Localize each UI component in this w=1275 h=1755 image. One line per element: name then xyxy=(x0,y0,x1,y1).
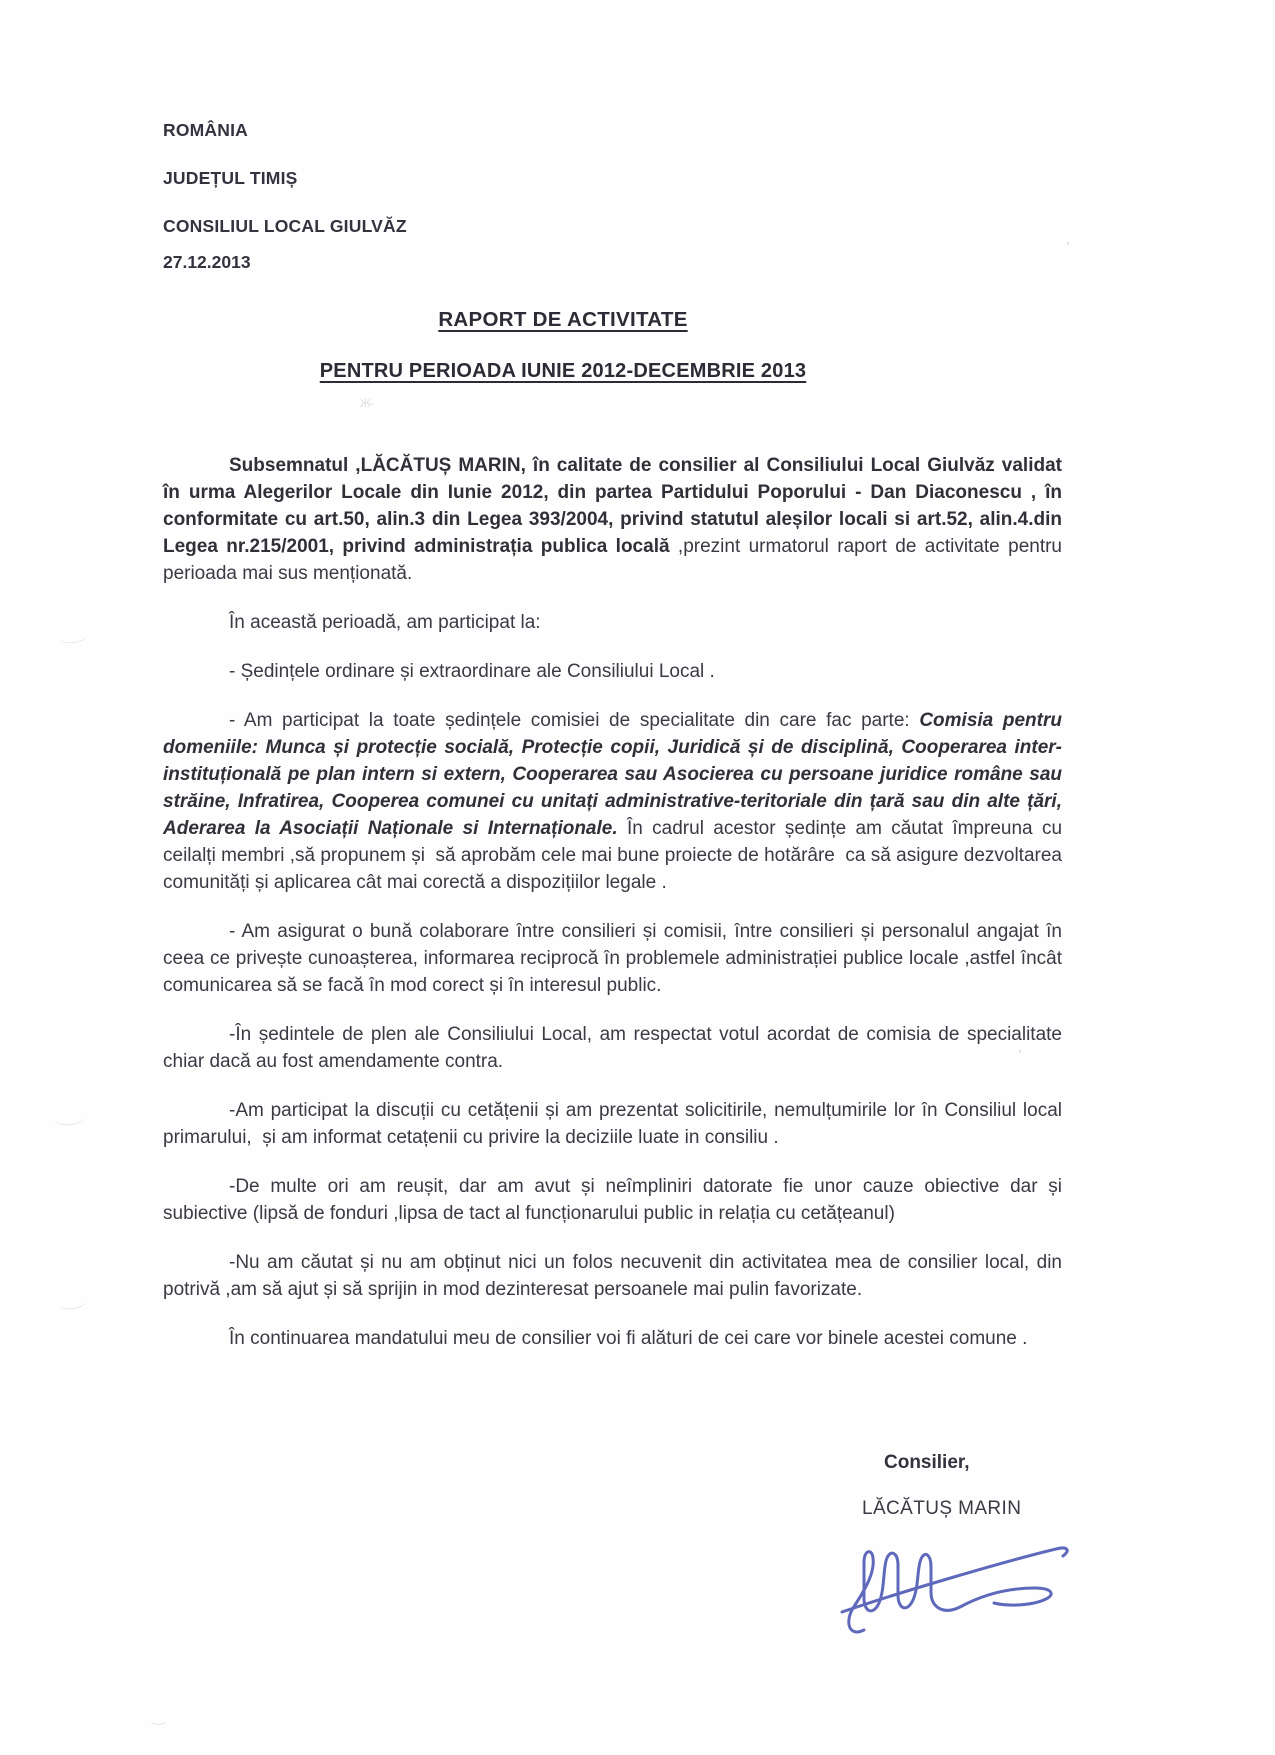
text-segment: - Ședințele ordinare și extraordinare al… xyxy=(229,661,715,682)
scan-artifact xyxy=(57,1293,89,1311)
document-title: RAPORT DE ACTIVITATE xyxy=(438,308,687,331)
text-segment: -Am participat la discuții cu cetățenii … xyxy=(163,1100,1067,1148)
paragraph: - Am asigurat o bună colaborare între co… xyxy=(163,918,1062,999)
paragraph: -Nu am căutat și nu am obținut nici un f… xyxy=(163,1249,1062,1303)
paragraph: Subsemnatul ,LĂCĂTUȘ MARIN, în calitate … xyxy=(163,452,1062,587)
letterhead: ROMÂNIA JUDEȚUL TIMIȘ CONSILIUL LOCAL GI… xyxy=(163,106,407,250)
text-segment: -De multe ori am reușit, dar am avut și … xyxy=(163,1176,1067,1224)
text-segment: - Am participat la toate ședințele comis… xyxy=(229,710,919,731)
scan-artifact: ’ xyxy=(1066,240,1070,258)
text-segment: -Nu am căutat și nu am obținut nici un f… xyxy=(163,1252,1067,1300)
text-segment: În această perioadă, am participat la: xyxy=(229,612,541,633)
letterhead-country: ROMÂNIA xyxy=(163,106,407,154)
scan-artifact xyxy=(54,1110,85,1126)
title-row: RAPORT DE ACTIVITATE xyxy=(0,308,1126,332)
scan-artifact xyxy=(57,628,89,645)
handwritten-signature xyxy=(838,1528,1086,1646)
paragraph: -În ședintele de plen ale Consiliului Lo… xyxy=(163,1021,1062,1075)
paragraph: În această perioadă, am participat la: xyxy=(163,609,1062,636)
text-segment: În continuarea mandatului meu de consili… xyxy=(229,1328,1027,1349)
document-subtitle: PENTRU PERIOADA IUNIE 2012-DECEMBRIE 201… xyxy=(320,360,806,382)
paragraph: -De multe ori am reușit, dar am avut și … xyxy=(163,1173,1062,1227)
text-segment: -În ședintele de plen ale Consiliului Lo… xyxy=(163,1024,1067,1072)
letterhead-council: CONSILIUL LOCAL GIULVĂZ xyxy=(163,202,407,250)
document-body: Subsemnatul ,LĂCĂTUȘ MARIN, în calitate … xyxy=(163,452,1062,1374)
paragraph: -Am participat la discuții cu cetățenii … xyxy=(163,1097,1062,1151)
letterhead-county: JUDEȚUL TIMIȘ xyxy=(163,154,407,202)
document-date: 27.12.2013 xyxy=(163,252,251,273)
signature-name: LĂCĂTUȘ MARIN xyxy=(862,1498,1021,1520)
text-segment: - Am asigurat o bună colaborare între co… xyxy=(163,921,1067,996)
scan-artifact: ж̴ xyxy=(360,394,371,412)
scanned-document-page: ROMÂNIA JUDEȚUL TIMIȘ CONSILIUL LOCAL GI… xyxy=(0,0,1275,1755)
signature-role-label: Consilier, xyxy=(884,1452,970,1474)
paragraph: În continuarea mandatului meu de consili… xyxy=(163,1325,1062,1352)
paragraph: - Ședințele ordinare și extraordinare al… xyxy=(163,658,1062,685)
paragraph: - Am participat la toate ședințele comis… xyxy=(163,707,1062,896)
subtitle-row: PENTRU PERIOADA IUNIE 2012-DECEMBRIE 201… xyxy=(0,360,1126,383)
scan-artifact: ‿ xyxy=(152,1706,165,1726)
